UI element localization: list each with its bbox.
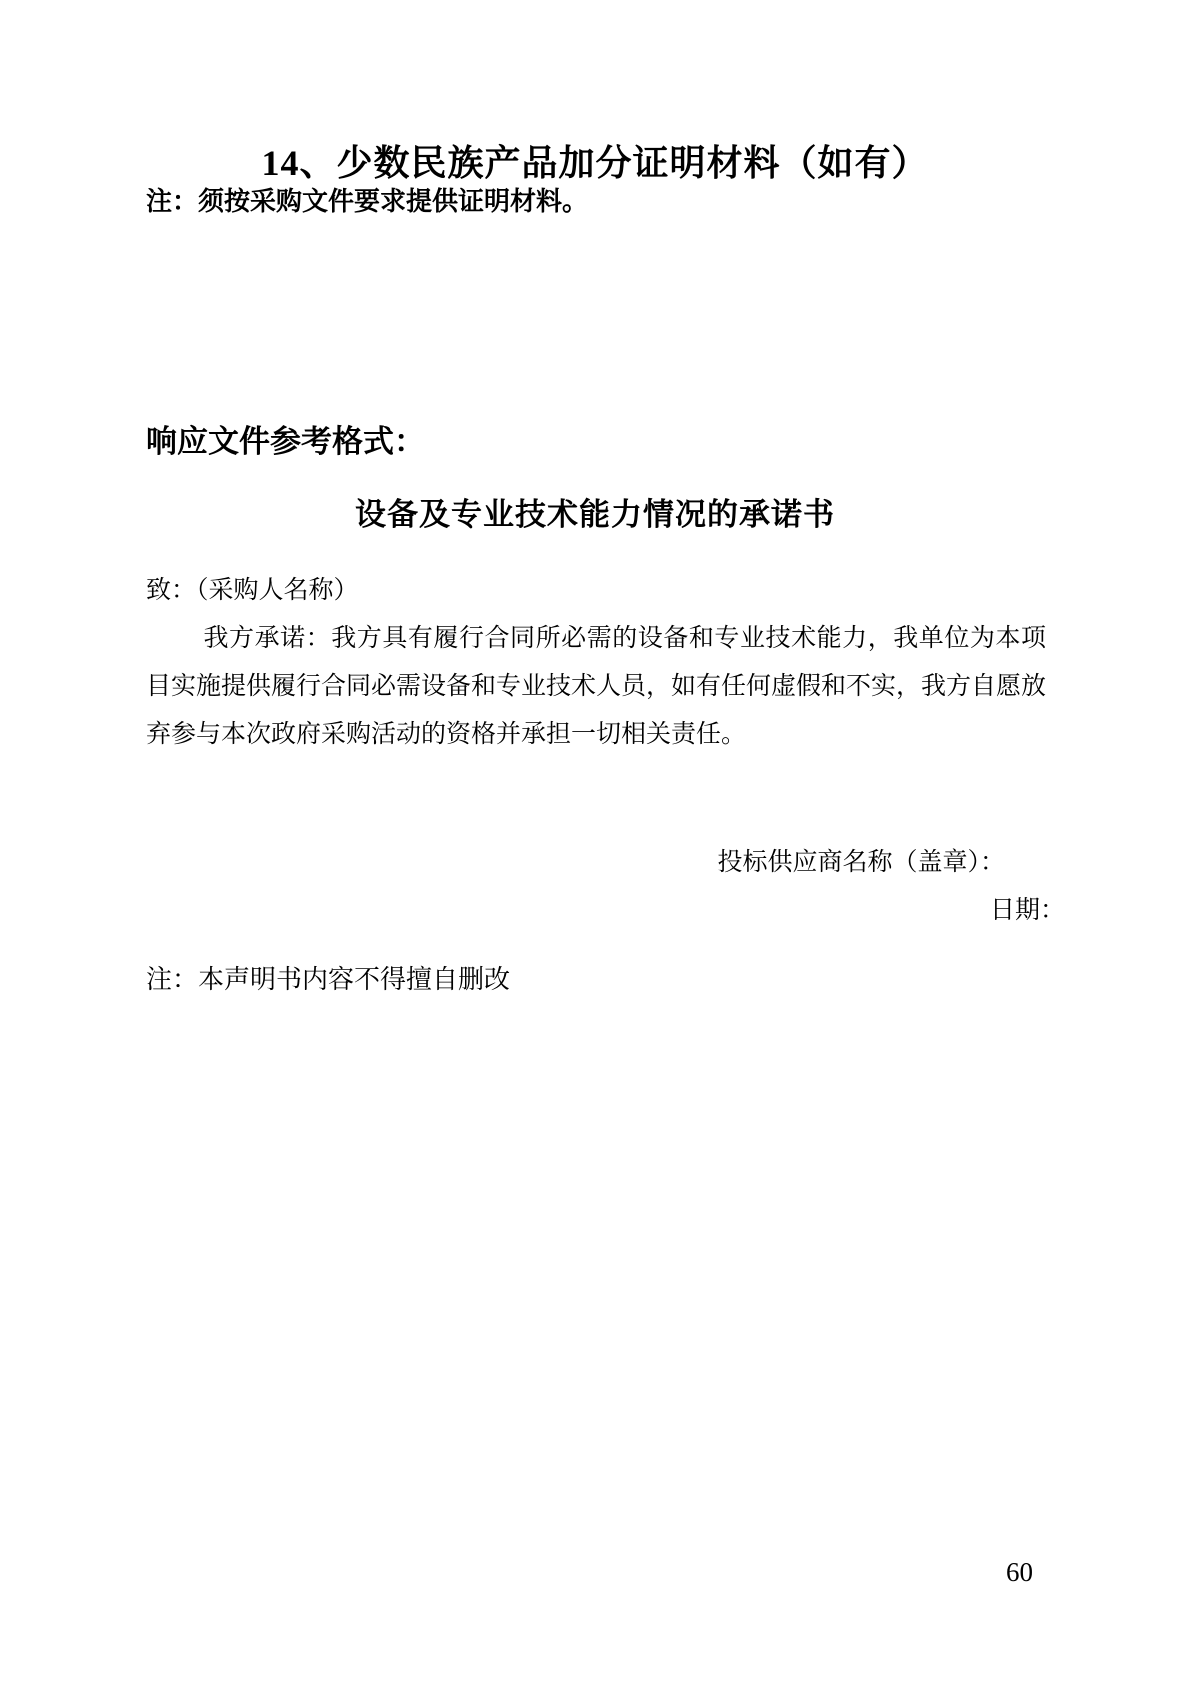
section-heading: 14、少数民族产品加分证明材料（如有） [0, 142, 1190, 184]
section-number: 14、 [261, 143, 336, 183]
page-number: 60 [1006, 1557, 1033, 1588]
document-page: 14、少数民族产品加分证明材料（如有） 注：须按采购文件要求提供证明材料。 响应… [0, 0, 1190, 1682]
top-note: 注：须按采购文件要求提供证明材料。 [146, 186, 588, 217]
salutation-line: 致：（采购人名称） [146, 566, 1046, 614]
date-label: 日期： [990, 895, 1065, 925]
letter-body: 致：（采购人名称） 我方承诺：我方具有履行合同所必需的设备和专业技术能力，我单位… [146, 566, 1046, 758]
response-format-label: 响应文件参考格式： [146, 423, 425, 460]
commitment-paragraph: 我方承诺：我方具有履行合同所必需的设备和专业技术能力，我单位为本项目实施提供履行… [146, 614, 1046, 758]
supplier-seal-label: 投标供应商名称（盖章）： [717, 847, 1005, 877]
commitment-letter-title: 设备及专业技术能力情况的承诺书 [0, 496, 1190, 533]
section-heading-text: 少数民族产品加分证明材料（如有） [337, 142, 929, 183]
bottom-note: 注：本声明书内容不得擅自删改 [146, 964, 510, 995]
